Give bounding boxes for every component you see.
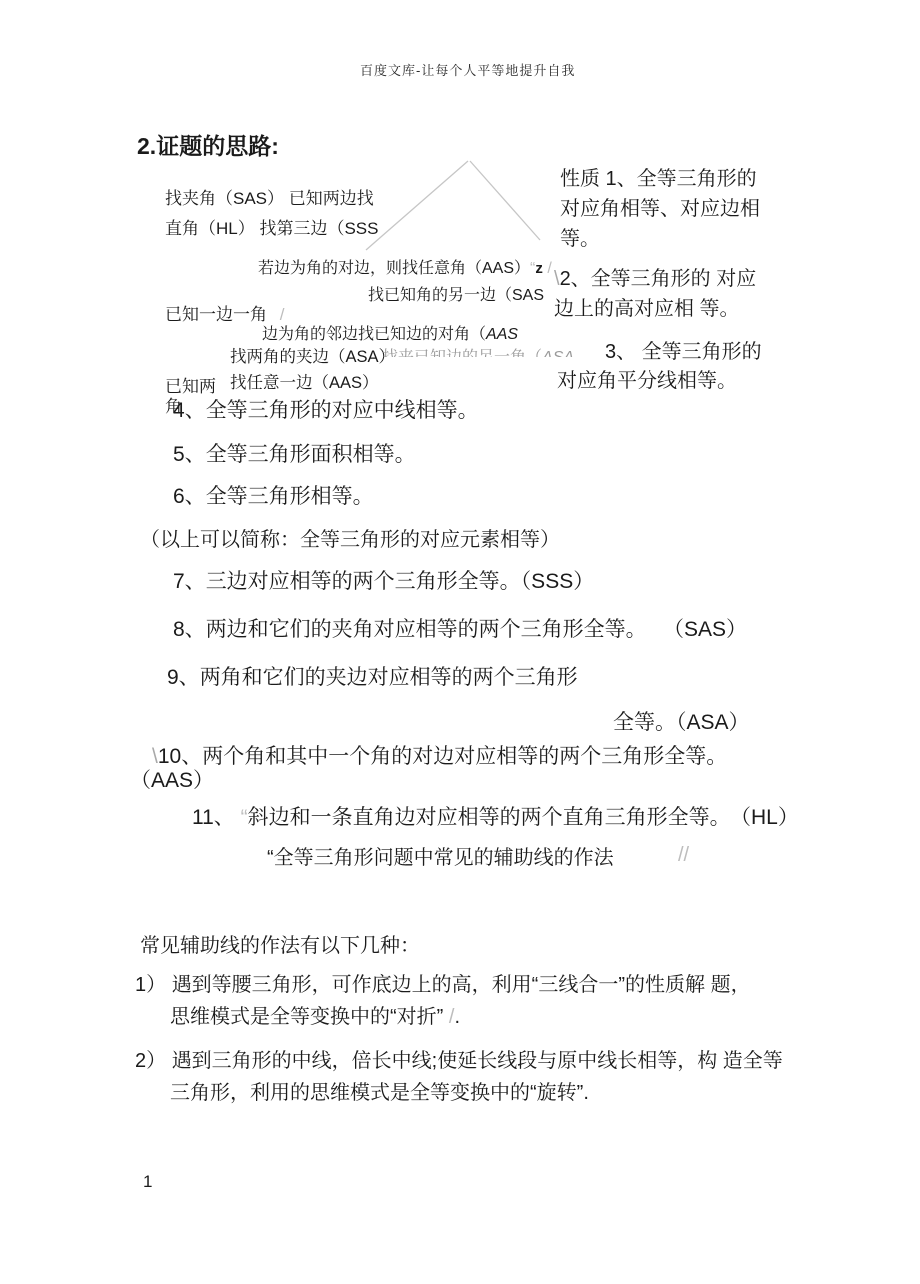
method-2-line-2: 三角形，利用的思维模式是全等变换中的“旋转”. bbox=[170, 1077, 783, 1109]
property-1-line-3: 等。 bbox=[560, 224, 760, 254]
method-text: 思维模式是全等变换中的“对折” bbox=[170, 1006, 443, 1028]
page-number-text: 1 bbox=[143, 1172, 152, 1191]
list-item-number: 11、 bbox=[192, 806, 235, 829]
list-item-10: \10、两个角和其中一个角的对边对应相等的两个三角形全等。 bbox=[152, 740, 727, 770]
diagram-text: 找已知角的另一边（SAS bbox=[368, 287, 544, 304]
list-item-10-continuation: （AAS） bbox=[130, 764, 214, 794]
page-number: 1 bbox=[143, 1172, 152, 1192]
list-item-number: 5、 bbox=[173, 443, 206, 466]
list-item-suffix: （HL） bbox=[730, 806, 799, 829]
auxiliary-lines-subheading: “全等三角形问题中常见的辅助线的作法 bbox=[267, 841, 614, 870]
method-text: . bbox=[454, 1006, 460, 1028]
diagram-text: 直角（HL） 找第三边（SSS bbox=[165, 219, 378, 238]
document-page: 百度文库-让每个人平等地提升自我 2.证题的思路: 找夹角（SAS） 已知两边找… bbox=[0, 0, 920, 1284]
subheading-quote: “ bbox=[267, 847, 274, 869]
diagram-text: 边为角的邻边找已知边的对角（ bbox=[262, 326, 486, 343]
method-number: 1） bbox=[135, 974, 166, 996]
list-item-text: 两角和它们的夹边对应相等的两个三角形 bbox=[200, 666, 578, 689]
list-item-number: 4、 bbox=[173, 399, 206, 422]
stray-double-slash-mark: // bbox=[678, 844, 689, 867]
stray-z-mark: z bbox=[535, 260, 543, 277]
diagram-branch-sas: 找已知角的另一边（SAS bbox=[368, 282, 544, 305]
list-item-text: （AAS） bbox=[130, 769, 214, 792]
method-2-line-1: 2） 遇到三角形的中线，倍长中线;使延长线段与原中线长相等，构 造全等 bbox=[135, 1045, 783, 1077]
property-2: \2、全等三角形的 对应 边上的高对应相 等。 bbox=[554, 264, 756, 324]
diagram-faded-text: 找夹已知边的另一角（ bbox=[382, 349, 542, 357]
diagram-text: 已知一边一角 bbox=[165, 305, 267, 324]
property-2-text: 2、全等三角形的 对应 bbox=[560, 268, 757, 290]
list-item-text: 全等。（ASA） bbox=[613, 711, 750, 734]
list-item-5: 5、全等三角形面积相等。 bbox=[173, 438, 416, 468]
property-1: 性质 1、全等三角形的 对应角相等、对应边相 等。 bbox=[560, 164, 760, 254]
method-number: 2） bbox=[135, 1050, 166, 1072]
list-item-number: 8、 bbox=[173, 618, 206, 641]
diagram-text: 找任意一边（AAS） bbox=[230, 374, 379, 392]
property-1-line-2: 对应角相等、对应边相 bbox=[560, 194, 760, 224]
list-item-text: 斜边和一条直角边对应相等的两个直角三角形全等。 bbox=[248, 806, 731, 829]
list-item-text: 全等三角形相等。 bbox=[206, 485, 374, 508]
list-item-text: 三边对应相等的两个三角形全等。（SSS） bbox=[206, 570, 595, 593]
diagram-branch-asa: 找两角的夹边（ASA） bbox=[230, 343, 395, 367]
diagram-faded-text-italic: ASA bbox=[542, 349, 574, 357]
property-3-text: 对应角平分线相等。 bbox=[557, 370, 737, 392]
list-item-number: 9、 bbox=[167, 666, 200, 689]
list-item-11: 11、 “斜边和一条直角边对应相等的两个直角三角形全等。 bbox=[192, 801, 731, 831]
list-item-number: 7、 bbox=[173, 570, 206, 593]
method-text: 遇到等腰三角形，可作底边上的高，利用“三线合一”的性质解 题， bbox=[172, 974, 751, 996]
method-1-line-2: 思维模式是全等变换中的“对折” /. bbox=[170, 1001, 751, 1033]
method-2: 2） 遇到三角形的中线，倍长中线;使延长线段与原中线长相等，构 造全等 三角形，… bbox=[135, 1045, 783, 1109]
list-item-number: 6、 bbox=[173, 485, 206, 508]
list-item-suffix: （SAS） bbox=[663, 618, 747, 641]
diagram-row-known-two-sides-2: 直角（HL） 找第三边（SSS bbox=[165, 214, 378, 239]
subheading-text: 全等三角形问题中常见的辅助线的作法 bbox=[274, 847, 614, 869]
section-title-text: 证题的思路: bbox=[156, 133, 279, 159]
list-item-text: 两边和它们的夹角对应相等的两个三角形全等。 bbox=[206, 618, 647, 641]
property-3-text: 3、 全等三角形的 bbox=[605, 341, 762, 363]
diagram-branch-any-side: 找任意一边（AAS） bbox=[230, 369, 379, 393]
diagram-text: 找两角的夹边（ASA） bbox=[230, 348, 395, 366]
page-header: 百度文库-让每个人平等地提升自我 bbox=[360, 60, 575, 79]
diagram-branch-lines bbox=[358, 152, 550, 258]
section-title: 2.证题的思路: bbox=[137, 128, 279, 161]
methods-intro: 常见辅助线的作法有以下几种： bbox=[140, 930, 420, 962]
section-title-number: 2. bbox=[137, 133, 156, 159]
note-text: （以上可以简称：全等三角形的对应元素相等） bbox=[140, 529, 560, 551]
diagram-branch-faded-clipped: 找夹已知边的另一角（ASA bbox=[382, 344, 574, 357]
stray-marks-text: // bbox=[678, 844, 689, 866]
property-1-line-1: 性质 1、全等三角形的 bbox=[560, 164, 760, 194]
diagram-branch-adjacent-side: 边为角的邻边找已知边的对角（AAS bbox=[262, 321, 518, 344]
list-item-7: 7、三边对应相等的两个三角形全等。（SSS） bbox=[173, 565, 594, 595]
methods-intro-text: 常见辅助线的作法有以下几种： bbox=[140, 935, 420, 957]
stray-quote-mark: “ bbox=[241, 806, 248, 829]
diagram-left-branch-line bbox=[366, 161, 468, 250]
diagram-text-italic: AAS bbox=[486, 326, 518, 343]
diagram-row-known-two-sides-1: 找夹角（SAS） 已知两边找 bbox=[165, 184, 374, 209]
diagram-right-branch-line bbox=[470, 161, 540, 240]
diagram-text: 找夹角（SAS） 已知两边找 bbox=[165, 189, 374, 208]
property-2-line-1: \2、全等三角形的 对应 bbox=[554, 264, 756, 294]
list-item-text: 全等三角形的对应中线相等。 bbox=[206, 399, 479, 422]
property-2-line-2: 边上的高对应相 等。 bbox=[554, 294, 756, 324]
method-text: 三角形，利用的思维模式是全等变换中的“旋转”. bbox=[170, 1082, 589, 1104]
stray-slash-mark: / bbox=[547, 260, 551, 277]
diagram-branch-opposite-side: 若边为角的对边，则找任意角（AAS）“z / bbox=[258, 255, 552, 278]
list-item-4: 4、全等三角形的对应中线相等。 bbox=[173, 394, 479, 424]
property-3-line-2: 对应角平分线相等。 bbox=[557, 366, 737, 396]
list-item-text: 全等三角形面积相等。 bbox=[206, 443, 416, 466]
method-text: 遇到三角形的中线，倍长中线;使延长线段与原中线长相等，构 造全等 bbox=[172, 1050, 783, 1072]
list-item-9: 9、两角和它们的夹边对应相等的两个三角形 bbox=[167, 661, 578, 691]
list-item-8-suffix: （SAS） bbox=[663, 613, 747, 643]
abbreviation-note: （以上可以简称：全等三角形的对应元素相等） bbox=[140, 523, 560, 552]
header-text: 百度文库-让每个人平等地提升自我 bbox=[360, 63, 575, 78]
method-1-line-1: 1） 遇到等腰三角形，可作底边上的高，利用“三线合一”的性质解 题， bbox=[135, 969, 751, 1001]
property-3-line-1: 3、 全等三角形的 bbox=[605, 337, 762, 367]
list-item-text: 两个角和其中一个角的对边对应相等的两个三角形全等。 bbox=[202, 745, 727, 768]
list-item-8: 8、两边和它们的夹角对应相等的两个三角形全等。 bbox=[173, 613, 647, 643]
list-item-6: 6、全等三角形相等。 bbox=[173, 480, 374, 510]
diagram-text: 若边为角的对边，则找任意角（AAS） bbox=[258, 260, 530, 277]
list-item-9-continuation: 全等。（ASA） bbox=[613, 706, 750, 736]
method-1: 1） 遇到等腰三角形，可作底边上的高，利用“三线合一”的性质解 题， 思维模式是… bbox=[135, 969, 751, 1033]
list-item-11-suffix: （HL） bbox=[730, 801, 799, 831]
